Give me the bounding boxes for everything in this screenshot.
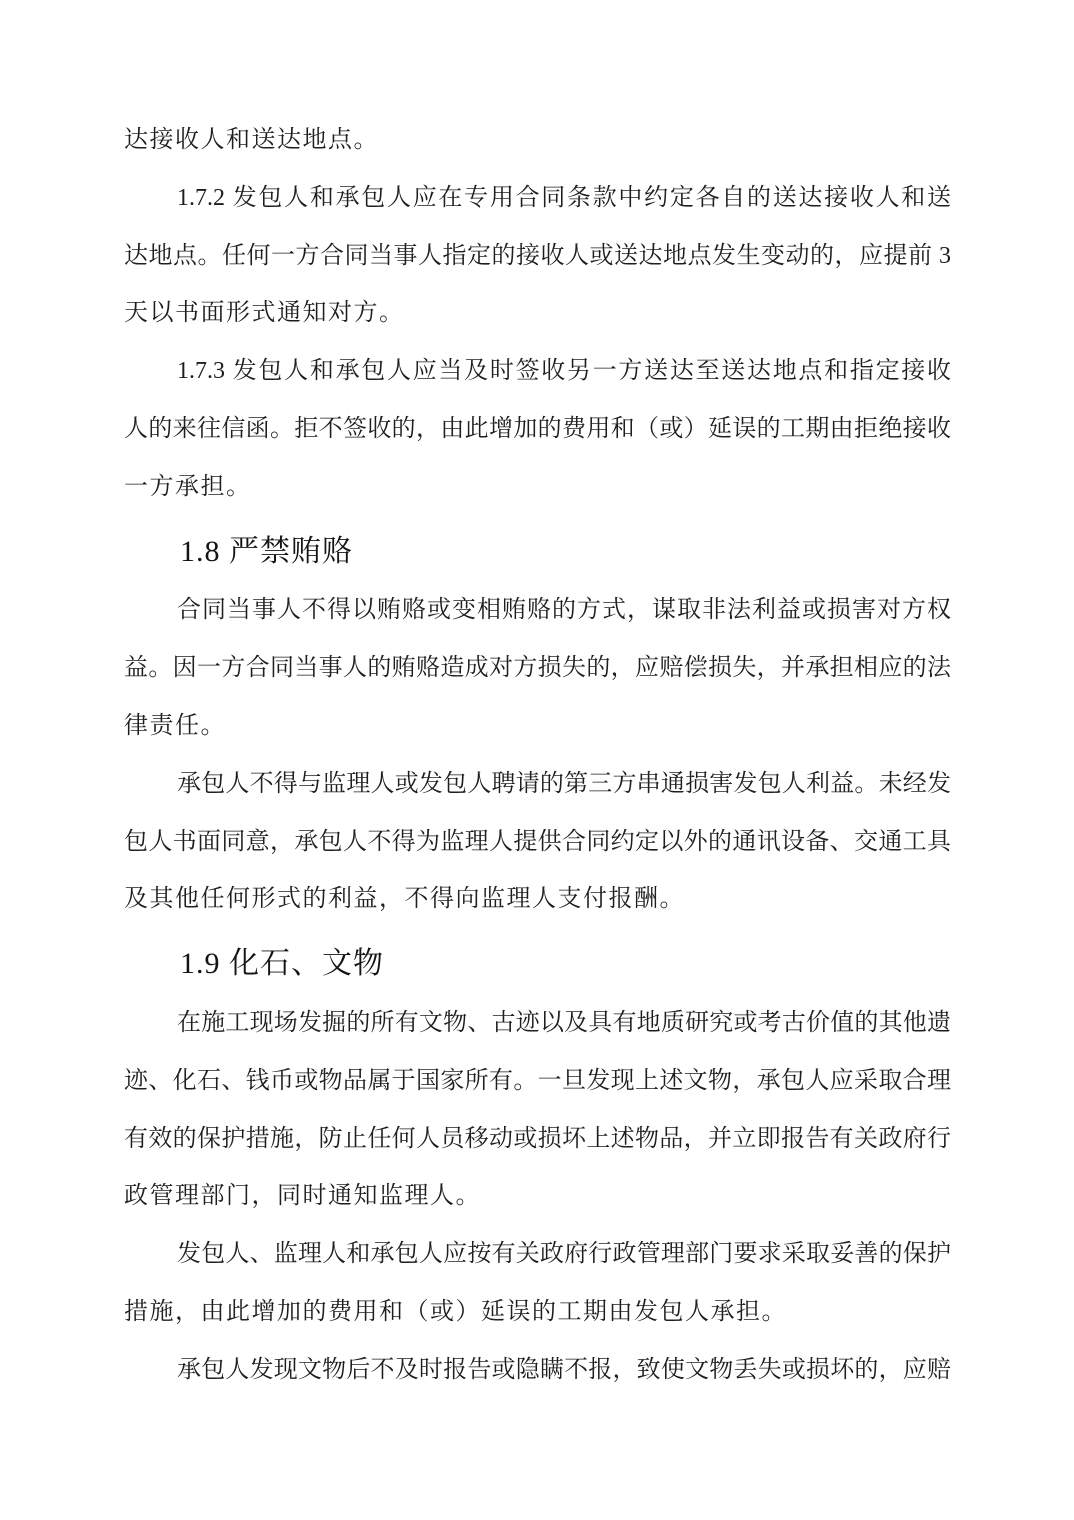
body-text-line: 及其他任何形式的利益，不得向监理人支付报酬。: [124, 871, 951, 929]
body-text-line: 包人书面同意，承包人不得为监理人提供合同约定以外的通讯设备、交通工具: [124, 814, 951, 872]
body-text-line: 天以书面形式通知对方。: [124, 285, 951, 343]
body-text-line: 1.7.3 发包人和承包人应当及时签收另一方送达至送达地点和指定接收: [124, 343, 951, 401]
body-text-line: 承包人发现文物后不及时报告或隐瞒不报，致使文物丢失或损坏的，应赔: [124, 1342, 951, 1400]
body-text-line: 迹、化石、钱币或物品属于国家所有。一旦发现上述文物，承包人应采取合理: [124, 1053, 951, 1111]
body-text-line: 发包人、监理人和承包人应按有关政府行政管理部门要求采取妥善的保护: [124, 1226, 951, 1284]
section-heading-1-9: 1.9 化石、文物: [124, 935, 951, 993]
body-text-line: 律责任。: [124, 698, 951, 756]
body-text-line: 承包人不得与监理人或发包人聘请的第三方串通损害发包人利益。未经发: [124, 756, 951, 814]
body-text-line: 达接收人和送达地点。: [124, 112, 951, 170]
body-text-line: 1.7.2 发包人和承包人应在专用合同条款中约定各自的送达接收人和送: [124, 170, 951, 228]
body-text-line: 措施，由此增加的费用和（或）延误的工期由发包人承担。: [124, 1284, 951, 1342]
document-content: 达接收人和送达地点。1.7.2 发包人和承包人应在专用合同条款中约定各自的送达接…: [124, 112, 951, 1400]
body-text-line: 达地点。任何一方合同当事人指定的接收人或送达地点发生变动的，应提前 3: [124, 228, 951, 286]
body-text-line: 一方承担。: [124, 459, 951, 517]
body-text-line: 政管理部门，同时通知监理人。: [124, 1168, 951, 1226]
body-text-line: 合同当事人不得以贿赂或变相贿赂的方式，谋取非法利益或损害对方权: [124, 582, 951, 640]
body-text-line: 益。因一方合同当事人的贿赂造成对方损失的，应赔偿损失，并承担相应的法: [124, 640, 951, 698]
body-text-line: 人的来往信函。拒不签收的，由此增加的费用和（或）延误的工期由拒绝接收: [124, 401, 951, 459]
body-text-line: 有效的保护措施，防止任何人员移动或损坏上述物品，并立即报告有关政府行: [124, 1111, 951, 1169]
body-text-line: 在施工现场发掘的所有文物、古迹以及具有地质研究或考古价值的其他遗: [124, 995, 951, 1053]
document-page: 达接收人和送达地点。1.7.2 发包人和承包人应在专用合同条款中约定各自的送达接…: [0, 0, 1074, 1520]
section-heading-1-8: 1.8 严禁贿赂: [124, 523, 951, 581]
